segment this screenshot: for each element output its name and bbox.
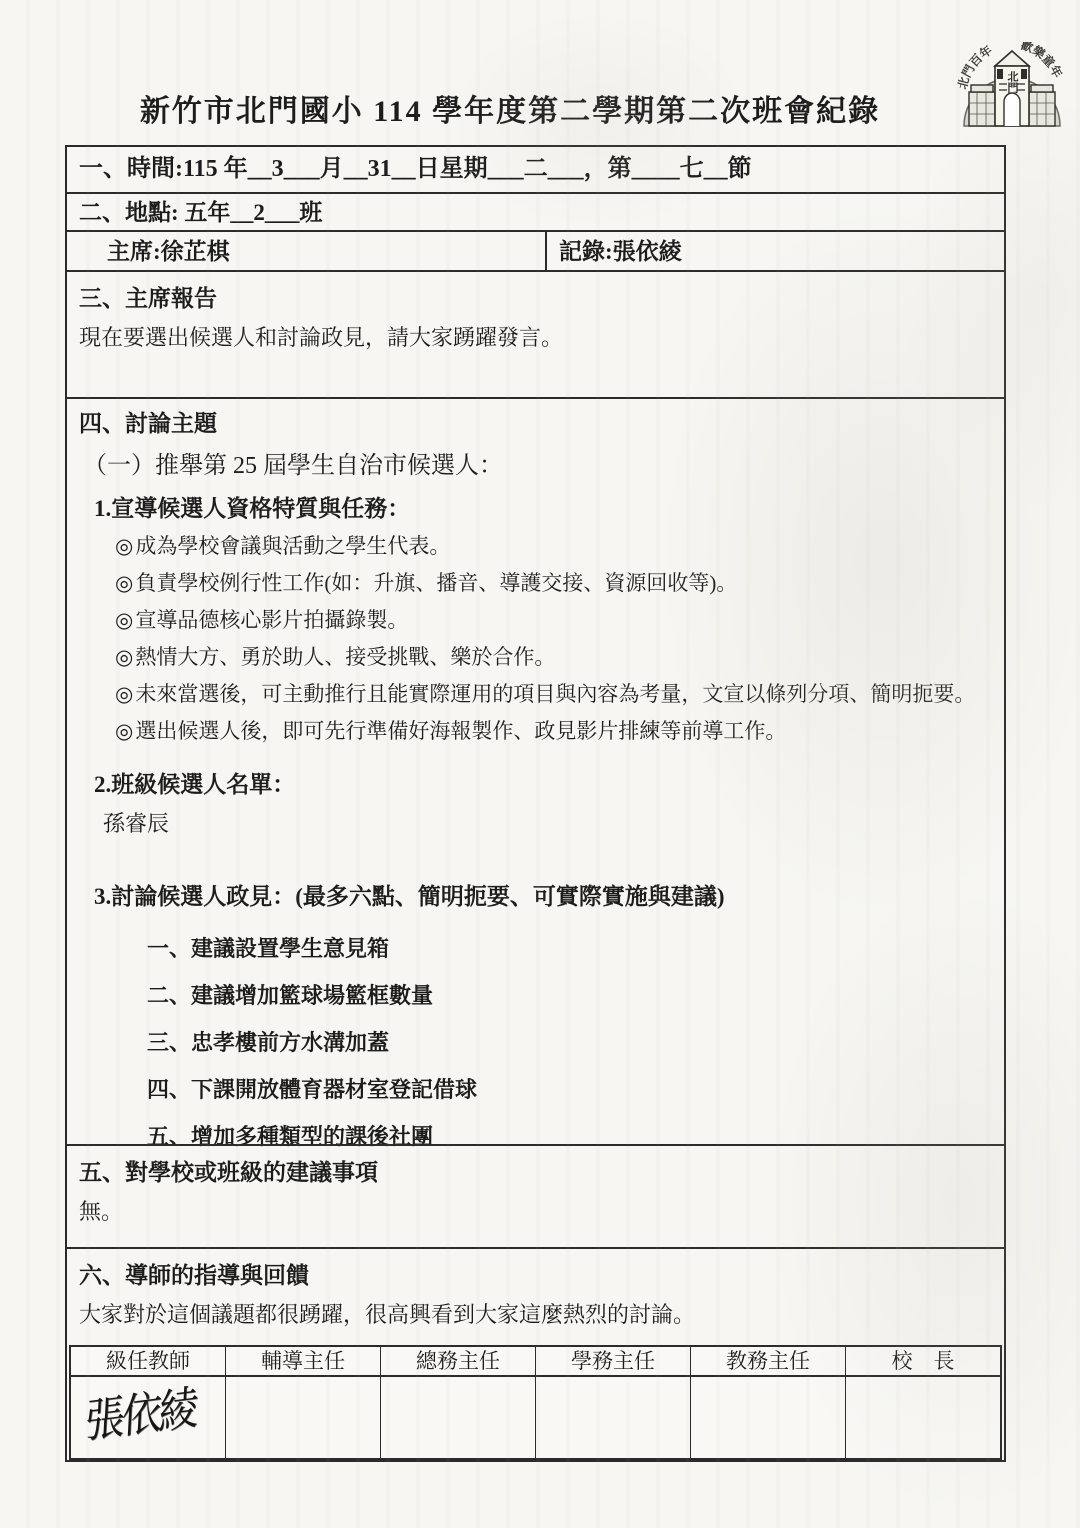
time-line: 一、時間:115 年__3___月__31__日星期___二___，第____七… [79,156,752,182]
double-circle-bullet: ◎ [115,719,133,743]
opinion-item: 四、下課開放體育器材室登記借球 [67,1066,1004,1113]
signature-cell-counseling-director [225,1377,380,1458]
opinion-item: 一、建議設置學生意見箱 [67,925,1004,972]
row-place: 二、地點: 五年__2___班 [67,192,1004,230]
chair-cell: 主席:徐芷棋 [67,232,547,270]
opinion-item: 三、忠孝樓前方水溝加蓋 [67,1019,1004,1066]
signature-header-academic-affairs-director: 教務主任 [690,1347,845,1375]
signature-table-header: 級任教師 輔導主任 總務主任 學務主任 教務主任 校 長 [71,1347,1000,1377]
section4-item3-title: 3.討論候選人政見：(最多六點、簡明扼要、可實際實施與建議) [67,878,1004,911]
section-chair-report: 三、主席報告 現在要選出候選人和討論政見，請大家踴躍發言。 [67,270,1004,397]
signature-header-counseling-director: 輔導主任 [225,1347,380,1375]
signature-cell-student-affairs-director [535,1377,690,1458]
double-circle-bullet: ◎ [115,682,133,706]
double-circle-bullet: ◎ [115,645,133,669]
signature-header-general-affairs-director: 總務主任 [380,1347,535,1375]
section4-subsection: （一）推舉第 25 屆學生自治市候選人： [67,445,1004,480]
candidate-name: 孫睿辰 [67,807,1004,838]
meeting-record-table: 一、時間:115 年__3___月__31__日星期___二___，第____七… [65,145,1006,1462]
section6-body: 大家對於這個議題都很踴躍，很高興看到大家這麼熱烈的討論。 [79,1298,992,1329]
double-circle-bullet: ◎ [115,571,133,595]
bullet-item: ◎宣導品德核心影片拍攝錄製。 [67,602,1004,639]
recorder-cell: 記錄:張依綾 [547,232,1004,270]
qualification-bullet-list: ◎成為學校會議與活動之學生代表。 ◎負責學校例行性工作(如：升旗、播音、導護交接… [67,528,1004,750]
section6-title: 六、導師的指導與回饋 [79,1257,992,1290]
signature-cell-general-affairs-director [380,1377,535,1458]
opinion-item: 二、建議增加籃球場籃框數量 [67,972,1004,1019]
signature-cell-homeroom-teacher: 張依綾 [71,1377,225,1458]
bullet-item: ◎選出候選人後，即可先行準備好海報製作、政見影片排練等前導工作。 [67,713,1004,750]
section-discussion-topic: 四、討論主題 （一）推舉第 25 屆學生自治市候選人： 1.宣導候選人資格特質與… [67,397,1004,1144]
signature-header-principal: 校 長 [845,1347,1000,1375]
signature-table: 級任教師 輔導主任 總務主任 學務主任 教務主任 校 長 張依綾 [69,1345,1002,1460]
section4-title: 四、討論主題 [67,405,1004,438]
school-logo: 北門百年 歡樂童年 北門 [956,42,1068,154]
section-suggestions: 五、對學校或班級的建議事項 無。 [67,1144,1004,1247]
double-circle-bullet: ◎ [115,534,133,558]
signature-table-body: 張依綾 [71,1377,1000,1458]
section3-title: 三、主席報告 [79,280,992,313]
signature-cell-principal [845,1377,1000,1458]
signature-header-homeroom-teacher: 級任教師 [71,1347,225,1375]
bullet-item: ◎熱情大方、勇於助人、接受挑戰、樂於合作。 [67,639,1004,676]
bullet-item: ◎未來當選後，可主動推行且能實際運用的項目與內容為考量，文宣以條列分項、簡明扼要… [67,676,1004,713]
signature-cell-academic-affairs-director [690,1377,845,1458]
logo-tower: 北門 [995,51,1029,126]
logo-tower-text: 北門 [1006,71,1019,94]
bullet-item: ◎負責學校例行性工作(如：升旗、播音、導護交接、資源回收等)。 [67,565,1004,602]
section5-title: 五、對學校或班級的建議事項 [79,1154,992,1187]
section4-item2-title: 2.班級候選人名單： [67,766,1004,799]
bullet-item: ◎成為學校會議與活動之學生代表。 [67,528,1004,565]
signature-header-student-affairs-director: 學務主任 [535,1347,690,1375]
row-time: 一、時間:115 年__3___月__31__日星期___二___，第____七… [67,147,1004,192]
section5-body: 無。 [79,1195,992,1226]
section4-item1-title: 1.宣導候選人資格特質與任務： [67,490,1004,523]
policy-opinion-list: 一、建議設置學生意見箱 二、建議增加籃球場籃框數量 三、忠孝樓前方水溝加蓋 四、… [67,925,1004,1160]
row-people: 主席:徐芷棋 記錄:張依綾 [67,230,1004,270]
page-title: 新竹市北門國小 114 學年度第二學期第二次班會紀錄 [0,86,1020,130]
double-circle-bullet: ◎ [115,608,133,632]
place-line: 二、地點: 五年__2___班 [79,200,322,225]
section3-body: 現在要選出候選人和討論政見，請大家踴躍發言。 [79,321,992,352]
handwritten-signature: 張依綾 [84,1372,198,1452]
section-teacher-feedback: 六、導師的指導與回饋 大家對於這個議題都很踴躍，很高興看到大家這麼熱烈的討論。 … [67,1247,1004,1460]
